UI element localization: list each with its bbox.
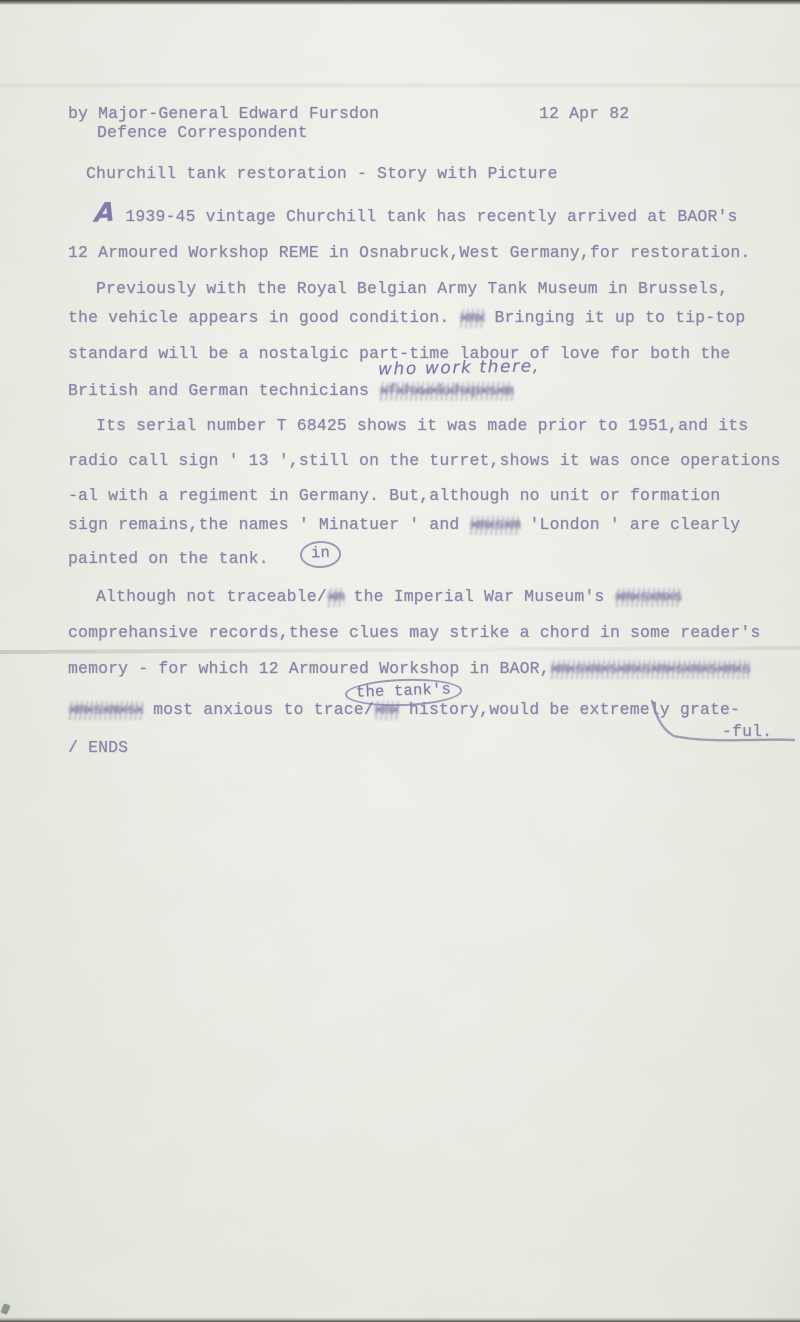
document-line: Although not traceable/xm the Imperial W… (96, 587, 681, 608)
typed-text: memory - for which 12 Armoured Workshop … (68, 659, 550, 678)
struck-out-text: xm (327, 588, 344, 607)
typed-text: radio call sign ' 13 ',still on the turr… (68, 451, 781, 470)
document-line: / ENDS (68, 738, 128, 759)
struck-out-text: xmxsxm (469, 516, 519, 535)
document-line: who work there, (378, 358, 540, 380)
document-line: comprehansive records,these clues may st… (68, 623, 760, 644)
document-line: the vehicle appears in good condition. x… (68, 308, 745, 329)
document-line: sign remains,the names ' Minatuer ' and … (68, 515, 740, 536)
typed-text: / ENDS (68, 738, 128, 757)
typed-text: sign remains,the names ' Minatuer ' and (68, 515, 469, 534)
typed-text: the vehicle appears in good condition. (68, 308, 459, 327)
typed-text: most anxious to trace/ (143, 700, 374, 719)
typed-text: -ful. (722, 722, 772, 741)
document-line: Its serial number T 68425 shows it was m… (96, 416, 748, 437)
struck-out-text: xmxsxmxs (615, 588, 682, 607)
typed-text: the Imperial War Museum's (344, 587, 615, 606)
document-line: British and German technicians xfxhxwxkx… (68, 381, 513, 402)
document-line: xmxsxmxsx most anxious to trace/xmx hist… (68, 700, 740, 721)
document-line: A 1939-45 vintage Churchill tank has rec… (95, 203, 738, 228)
typed-text: Its serial number T 68425 shows it was m… (96, 416, 748, 435)
typed-text: 'London ' are clearly (519, 515, 740, 534)
struck-out-text: xmxsxmxsx (68, 701, 143, 720)
typed-text: Bringing it up to tip-top (484, 308, 745, 327)
document-line: painted on the tank. (68, 549, 269, 570)
document-line: radio call sign ' 13 ',still on the turr… (68, 451, 781, 472)
document-line: Churchill tank restoration - Story with … (86, 164, 558, 185)
scanned-page: by Major-General Edward Fursdon12 Apr 82… (0, 0, 800, 1322)
document-line: Previously with the Royal Belgian Army T… (96, 279, 728, 300)
document-line: -al with a regiment in Germany. But,alth… (68, 486, 720, 507)
typed-text: 12 Apr 82 (539, 104, 629, 123)
circled-insertion: in (300, 540, 342, 568)
typed-text: British and German technicians (68, 381, 379, 400)
document-line: 12 Armoured Workshop REME in Osnabruck,W… (68, 243, 750, 264)
typed-text: Although not traceable/ (96, 587, 327, 606)
struck-out-text: xmx (459, 309, 484, 328)
typed-text: 12 Armoured Workshop REME in Osnabruck,W… (68, 243, 750, 262)
struck-out-text: xmxsxmxsxmxsxmxsxmxsxmxs (550, 660, 750, 679)
handwritten-text: who work there, (378, 356, 540, 381)
document-line: Defence Correspondent (97, 123, 308, 144)
document-line: memory - for which 12 Armoured Workshop … (68, 659, 750, 680)
typed-text: -al with a regiment in Germany. But,alth… (68, 486, 720, 505)
typed-text: Previously with the Royal Belgian Army T… (96, 279, 728, 298)
handwritten-caret-a: A (94, 202, 116, 224)
document-line: -ful. (722, 722, 772, 743)
struck-out-text: xmx (374, 701, 399, 720)
document-line: in (300, 541, 341, 568)
typed-text: by Major-General Edward Fursdon (68, 104, 379, 123)
typed-text: 1939-45 vintage Churchill tank has recen… (115, 207, 737, 226)
typewritten-text-layer: by Major-General Edward Fursdon12 Apr 82… (0, 0, 800, 1322)
typed-text: Churchill tank restoration - Story with … (86, 164, 558, 183)
struck-out-text: xfxhxwxkxhxpxsxm (379, 382, 512, 401)
typed-text: painted on the tank. (68, 549, 269, 568)
typed-text: Defence Correspondent (97, 123, 308, 142)
typed-text: comprehansive records,these clues may st… (68, 623, 760, 642)
document-line: 12 Apr 82 (539, 104, 629, 125)
typed-text: history,would be extremely grate- (399, 700, 740, 719)
document-line: by Major-General Edward Fursdon (68, 104, 379, 125)
